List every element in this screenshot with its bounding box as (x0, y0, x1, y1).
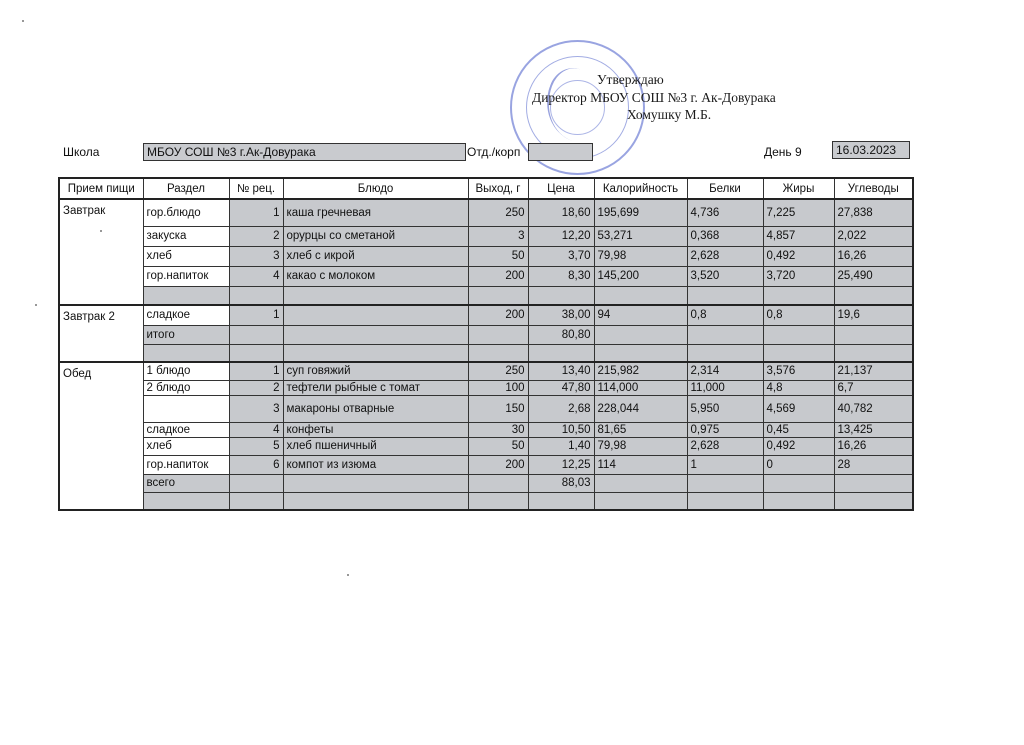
table-row (59, 286, 913, 305)
fat-cell: 0,492 (763, 246, 834, 266)
day-label: День 9 (764, 145, 802, 159)
price-cell: 1,40 (528, 437, 594, 455)
school-field: МБОУ СОШ №3 г.Ак-Довурака (143, 143, 466, 161)
yield-cell: 200 (468, 305, 528, 325)
recipe-cell: 2 (229, 226, 283, 246)
table-row: Обед1 блюдо1суп говяжий25013,40215,9822,… (59, 362, 913, 380)
scan-speck (35, 304, 37, 306)
col-carbs: Углеводы (834, 178, 913, 199)
kcal-cell (594, 325, 687, 344)
yield-cell: 100 (468, 380, 528, 395)
price-cell: 12,20 (528, 226, 594, 246)
protein-cell: 2,628 (687, 246, 763, 266)
dish-cell (283, 492, 468, 510)
price-cell: 8,30 (528, 266, 594, 286)
yield-cell: 200 (468, 455, 528, 474)
yield-cell: 150 (468, 395, 528, 422)
scan-speck (100, 230, 102, 232)
approval-position: Директор МБОУ СОШ №3 г. Ак-Довурака (532, 90, 776, 106)
table-row: хлеб5хлеб пшеничный501,4079,982,6280,492… (59, 437, 913, 455)
recipe-cell (229, 286, 283, 305)
dish-cell: тефтели рыбные с томат (283, 380, 468, 395)
recipe-cell: 5 (229, 437, 283, 455)
fat-cell (763, 286, 834, 305)
price-cell (528, 492, 594, 510)
dish-cell: компот из изюма (283, 455, 468, 474)
fat-cell: 3,576 (763, 362, 834, 380)
dish-cell (283, 305, 468, 325)
school-label: Школа (63, 145, 99, 159)
col-protein: Белки (687, 178, 763, 199)
fat-cell: 4,857 (763, 226, 834, 246)
section-cell: гор.напиток (143, 455, 229, 474)
yield-cell (468, 325, 528, 344)
yield-cell: 250 (468, 362, 528, 380)
carbs-cell: 27,838 (834, 199, 913, 226)
fat-cell (763, 474, 834, 492)
section-cell: закуска (143, 226, 229, 246)
carbs-cell: 19,6 (834, 305, 913, 325)
section-cell: 1 блюдо (143, 362, 229, 380)
kcal-cell (594, 344, 687, 362)
yield-cell: 50 (468, 437, 528, 455)
table-row: гор.напиток6компот из изюма20012,2511410… (59, 455, 913, 474)
recipe-cell (229, 492, 283, 510)
meal-cell: Обед (59, 362, 143, 510)
carbs-cell: 28 (834, 455, 913, 474)
scan-speck (22, 20, 24, 22)
dish-cell: суп говяжий (283, 362, 468, 380)
protein-cell: 0,8 (687, 305, 763, 325)
kcal-cell: 53,271 (594, 226, 687, 246)
table-row: Завтрак 2сладкое120038,00940,80,819,6 (59, 305, 913, 325)
fat-cell (763, 344, 834, 362)
price-cell: 80,80 (528, 325, 594, 344)
price-cell (528, 344, 594, 362)
recipe-cell: 4 (229, 422, 283, 437)
table-row: 2 блюдо2тефтели рыбные с томат10047,8011… (59, 380, 913, 395)
dish-cell: хлеб с икрой (283, 246, 468, 266)
protein-cell: 2,628 (687, 437, 763, 455)
dish-cell: каша гречневая (283, 199, 468, 226)
kcal-cell (594, 286, 687, 305)
protein-cell: 0,368 (687, 226, 763, 246)
section-cell (143, 286, 229, 305)
protein-cell (687, 492, 763, 510)
yield-cell: 3 (468, 226, 528, 246)
fat-cell: 4,8 (763, 380, 834, 395)
fat-cell (763, 492, 834, 510)
fat-cell: 3,720 (763, 266, 834, 286)
col-section: Раздел (143, 178, 229, 199)
dish-cell (283, 325, 468, 344)
recipe-cell (229, 344, 283, 362)
fat-cell: 4,569 (763, 395, 834, 422)
carbs-cell: 21,137 (834, 362, 913, 380)
meal-cell: Завтрак (59, 199, 143, 305)
price-cell (528, 286, 594, 305)
yield-cell (468, 492, 528, 510)
protein-cell: 4,736 (687, 199, 763, 226)
section-cell: сладкое (143, 422, 229, 437)
recipe-cell: 3 (229, 395, 283, 422)
recipe-cell: 1 (229, 362, 283, 380)
section-cell: хлеб (143, 437, 229, 455)
protein-cell (687, 325, 763, 344)
recipe-cell (229, 474, 283, 492)
col-kcal: Калорийность (594, 178, 687, 199)
recipe-cell: 1 (229, 199, 283, 226)
section-cell (143, 344, 229, 362)
price-cell: 2,68 (528, 395, 594, 422)
kcal-cell: 79,98 (594, 246, 687, 266)
yield-cell (468, 344, 528, 362)
carbs-cell: 16,26 (834, 246, 913, 266)
section-cell: всего (143, 474, 229, 492)
protein-cell (687, 474, 763, 492)
protein-cell: 0,975 (687, 422, 763, 437)
carbs-cell (834, 344, 913, 362)
col-price: Цена (528, 178, 594, 199)
kcal-cell: 114 (594, 455, 687, 474)
carbs-cell: 6,7 (834, 380, 913, 395)
price-cell: 18,60 (528, 199, 594, 226)
yield-cell: 30 (468, 422, 528, 437)
yield-cell: 250 (468, 199, 528, 226)
yield-cell: 50 (468, 246, 528, 266)
recipe-cell: 3 (229, 246, 283, 266)
section-cell: гор.блюдо (143, 199, 229, 226)
carbs-cell (834, 325, 913, 344)
table-row: сладкое4конфеты3010,5081,650,9750,4513,4… (59, 422, 913, 437)
col-meal: Прием пищи (59, 178, 143, 199)
yield-cell (468, 286, 528, 305)
col-yield: Выход, г (468, 178, 528, 199)
table-row: Завтракгор.блюдо1каша гречневая25018,601… (59, 199, 913, 226)
price-cell: 47,80 (528, 380, 594, 395)
price-cell: 88,03 (528, 474, 594, 492)
price-cell: 12,25 (528, 455, 594, 474)
section-cell: 2 блюдо (143, 380, 229, 395)
carbs-cell: 16,26 (834, 437, 913, 455)
protein-cell: 1 (687, 455, 763, 474)
table-row: закуска2орурцы со сметаной312,2053,2710,… (59, 226, 913, 246)
protein-cell: 5,950 (687, 395, 763, 422)
date-field: 16.03.2023 (832, 141, 910, 159)
table-row: хлеб3хлеб с икрой503,7079,982,6280,49216… (59, 246, 913, 266)
section-cell: гор.напиток (143, 266, 229, 286)
price-cell: 10,50 (528, 422, 594, 437)
kcal-cell: 81,65 (594, 422, 687, 437)
kcal-cell: 94 (594, 305, 687, 325)
fat-cell: 0,45 (763, 422, 834, 437)
dish-cell: хлеб пшеничный (283, 437, 468, 455)
protein-cell (687, 286, 763, 305)
carbs-cell (834, 286, 913, 305)
carbs-cell: 40,782 (834, 395, 913, 422)
fat-cell: 0,492 (763, 437, 834, 455)
col-dish: Блюдо (283, 178, 468, 199)
fat-cell: 0 (763, 455, 834, 474)
carbs-cell: 2,022 (834, 226, 913, 246)
table-header: Прием пищи Раздел № рец. Блюдо Выход, г … (59, 178, 913, 199)
dish-cell: конфеты (283, 422, 468, 437)
yield-cell: 200 (468, 266, 528, 286)
protein-cell: 11,000 (687, 380, 763, 395)
recipe-cell: 4 (229, 266, 283, 286)
section-cell: сладкое (143, 305, 229, 325)
dept-label: Отд./корп (467, 145, 520, 159)
table-row (59, 492, 913, 510)
recipe-cell: 1 (229, 305, 283, 325)
approval-title: Утверждаю (597, 72, 664, 88)
section-cell: итого (143, 325, 229, 344)
carbs-cell (834, 492, 913, 510)
table-row: итого80,80 (59, 325, 913, 344)
kcal-cell: 228,044 (594, 395, 687, 422)
dish-cell (283, 344, 468, 362)
section-cell (143, 395, 229, 422)
kcal-cell (594, 474, 687, 492)
table-row: всего88,03 (59, 474, 913, 492)
carbs-cell (834, 474, 913, 492)
col-fat: Жиры (763, 178, 834, 199)
kcal-cell (594, 492, 687, 510)
yield-cell (468, 474, 528, 492)
table-row: гор.напиток4какао с молоком2008,30145,20… (59, 266, 913, 286)
protein-cell (687, 344, 763, 362)
carbs-cell: 13,425 (834, 422, 913, 437)
meal-cell: Завтрак 2 (59, 305, 143, 362)
recipe-cell (229, 325, 283, 344)
scan-speck (347, 574, 349, 576)
kcal-cell: 195,699 (594, 199, 687, 226)
menu-table: Прием пищи Раздел № рец. Блюдо Выход, г … (58, 177, 914, 511)
dept-field (528, 143, 593, 161)
price-cell: 13,40 (528, 362, 594, 380)
recipe-cell: 6 (229, 455, 283, 474)
fat-cell (763, 325, 834, 344)
kcal-cell: 215,982 (594, 362, 687, 380)
section-cell: хлеб (143, 246, 229, 266)
price-cell: 3,70 (528, 246, 594, 266)
section-cell (143, 492, 229, 510)
price-cell: 38,00 (528, 305, 594, 325)
fat-cell: 7,225 (763, 199, 834, 226)
dish-cell: какао с молоком (283, 266, 468, 286)
kcal-cell: 114,000 (594, 380, 687, 395)
table-row (59, 344, 913, 362)
protein-cell: 2,314 (687, 362, 763, 380)
table-row: 3макароны отварные1502,68228,0445,9504,5… (59, 395, 913, 422)
dish-cell: орурцы со сметаной (283, 226, 468, 246)
kcal-cell: 79,98 (594, 437, 687, 455)
kcal-cell: 145,200 (594, 266, 687, 286)
recipe-cell: 2 (229, 380, 283, 395)
fat-cell: 0,8 (763, 305, 834, 325)
dish-cell (283, 286, 468, 305)
dish-cell (283, 474, 468, 492)
col-recipe: № рец. (229, 178, 283, 199)
approval-name: Хомушку М.Б. (627, 107, 711, 123)
dish-cell: макароны отварные (283, 395, 468, 422)
carbs-cell: 25,490 (834, 266, 913, 286)
protein-cell: 3,520 (687, 266, 763, 286)
